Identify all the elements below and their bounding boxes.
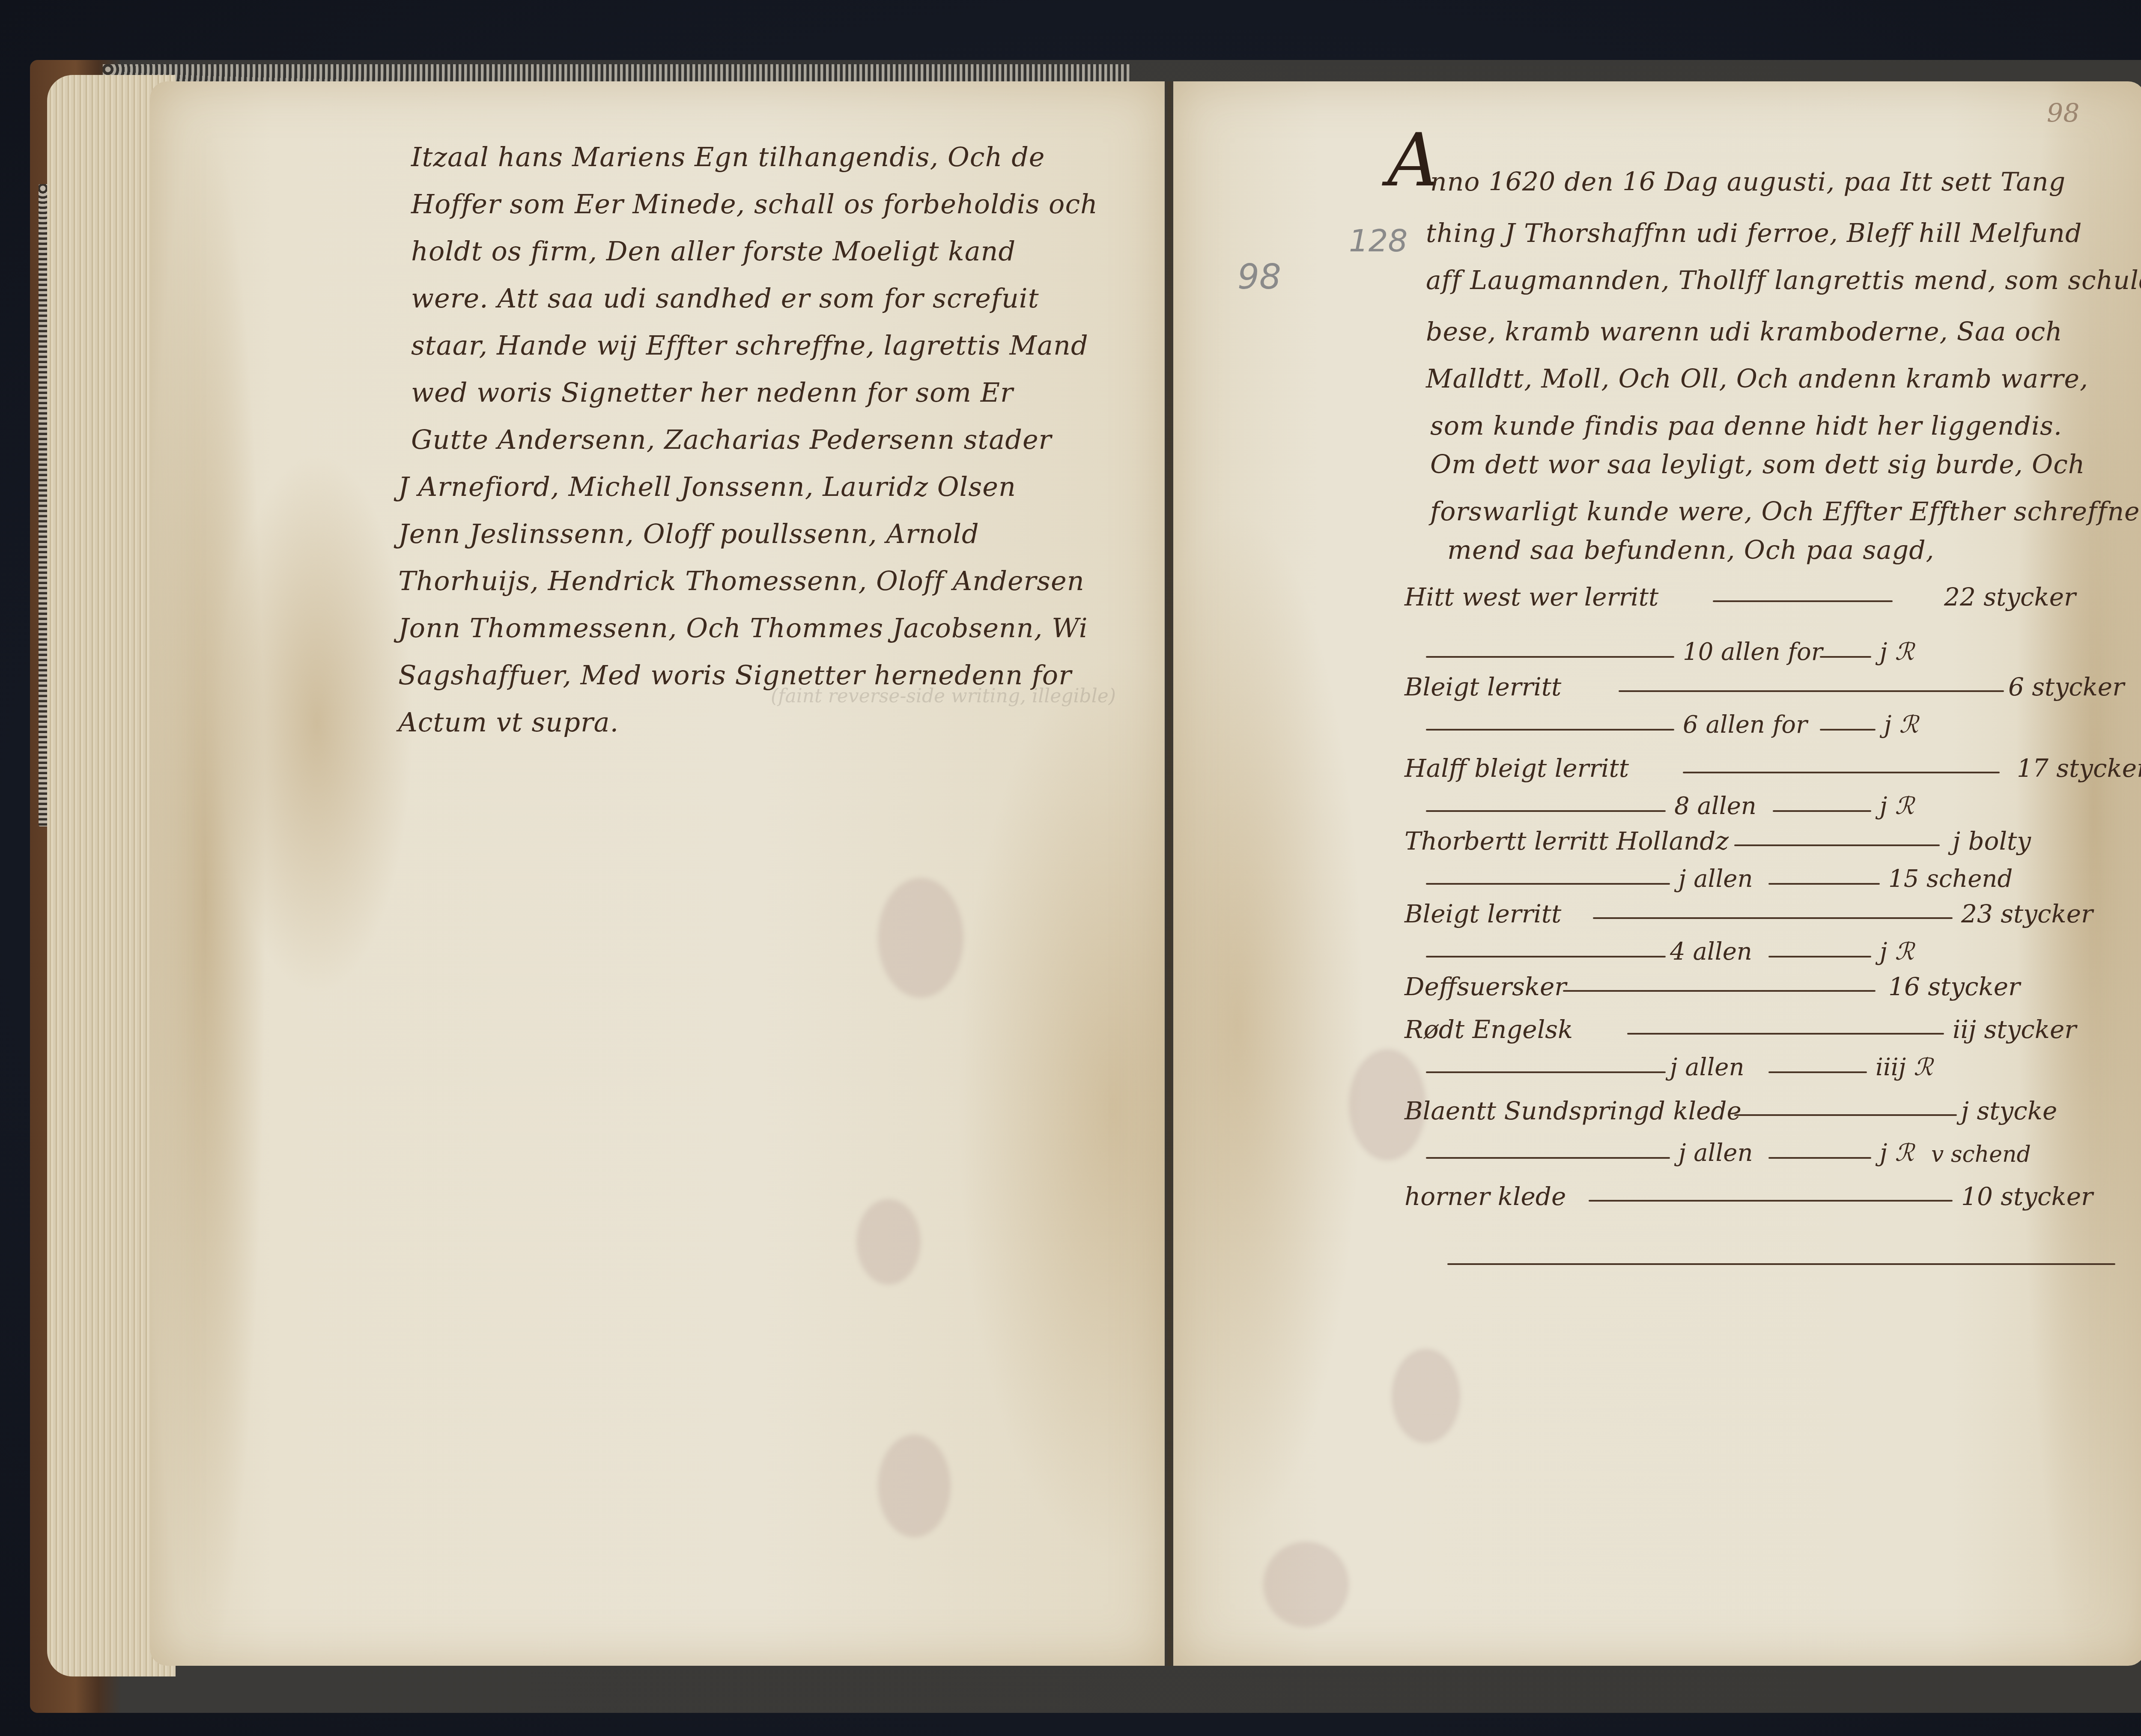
ledger-rule [1768, 1157, 1871, 1159]
ledger-rule [1820, 656, 1871, 658]
ledger-measure: 4 allen [1670, 938, 1752, 966]
ledger-item: Rødt Engelsk [1404, 1015, 1573, 1044]
ledger-item: Thorbertt lerritt Hollandz [1404, 826, 1729, 856]
ledger-rule [1426, 883, 1670, 885]
ledger-quantity: 16 stycker [1888, 972, 2020, 1001]
left-text-line: Jenn Jeslinssenn, Oloff poullssenn, Arno… [398, 518, 979, 549]
heading-line: nno 1620 den 16 Dag augusti, paa Itt set… [1430, 167, 2066, 197]
ledger-rule [1768, 1071, 1867, 1073]
ledger-quantity: 6 stycker [2008, 672, 2124, 701]
ledger-rule [1426, 810, 1666, 812]
right-text-line: Malldtt, Moll, Och Oll, Och andenn kramb… [1426, 364, 2088, 394]
left-page [150, 81, 1165, 1666]
water-stain [856, 1199, 921, 1285]
ledger-entry: Hitt west wer lerritt 22 stycker [1404, 582, 2141, 617]
ledger-quantity: j bolty [1953, 826, 2031, 856]
ledger-price: j ℛ [1880, 638, 1914, 666]
ledger-rule [1426, 729, 1674, 731]
right-text-line: forswarligt kunde were, Och Effter Effth… [1430, 497, 2140, 527]
left-text-line: Hoffer som Eer Minede, schall os forbeho… [411, 188, 1098, 220]
ledger-rule [1683, 772, 2000, 773]
folio-number: 98 [2047, 98, 2079, 128]
ledger-rule [1734, 1114, 1957, 1116]
ledger-rule [1773, 810, 1871, 812]
left-text-line: Thorhuijs, Hendrick Thomessenn, Oloff An… [398, 565, 1085, 597]
left-text-line: holdt os firm, Den aller forste Moeligt … [411, 236, 1016, 267]
ledger-entry: Blaentt Sundspringd klede j stycke [1404, 1096, 2141, 1130]
ledger-rule [1426, 1071, 1666, 1073]
left-text-line: Actum vt supra. [398, 707, 619, 738]
right-text-line: mend saa befundenn, Och paa sagd, [1447, 535, 1935, 565]
ledger-subentry: 10 allen for j ℛ [1413, 638, 2055, 672]
ledger-subentry: 8 allen j ℛ [1413, 792, 2055, 826]
water-stain [1392, 1349, 1460, 1443]
ledger-subentry: 6 allen for j ℛ [1413, 711, 2055, 745]
ledger-item: Bleigt lerritt [1404, 899, 1561, 928]
right-text-line: thing J Thorshaffnn udi ferroe, Bleff hi… [1426, 218, 2082, 248]
right-text-line: Om dett wor saa leyligt, som dett sig bu… [1430, 450, 2085, 480]
ledger-entry: Halff bleigt lerritt 17 stycker [1404, 754, 2141, 788]
ledger-rule [1593, 917, 1953, 919]
ledger-item: Blaentt Sundspringd klede [1404, 1096, 1741, 1125]
left-text-line: Jonn Thommessenn, Och Thommes Jacobsenn,… [398, 612, 1088, 644]
ledger-subentry: 4 allen j ℛ [1413, 938, 2055, 972]
ledger-rule [1713, 600, 1893, 602]
ledger-quantity: 23 stycker [1961, 899, 2093, 928]
ledger-rule [1426, 956, 1666, 957]
ledger-price: j ℛ [1884, 711, 1918, 739]
ledger-entry: Deffsuersker 16 stycker [1404, 972, 2141, 1006]
ledger-item: Bleigt lerritt [1404, 672, 1561, 701]
ledger-price: 15 schend [1888, 865, 2013, 893]
left-text-line: Gutte Andersenn, Zacharias Pedersenn sta… [411, 424, 1052, 455]
ledger-item: horner klede [1404, 1182, 1566, 1211]
ledger-rule [1820, 729, 1876, 731]
ledger-measure: j allen [1670, 1053, 1744, 1081]
water-stain [878, 878, 963, 998]
ledger-measure: 8 allen [1674, 792, 1756, 820]
ledger-quantity: iij stycker [1953, 1015, 2076, 1044]
ledger-item: Halff bleigt lerritt [1404, 754, 1629, 783]
ledger-quantity: 10 stycker [1961, 1182, 2093, 1211]
ledger-price: j ℛ [1880, 792, 1914, 820]
ledger-rule [1563, 990, 1876, 992]
right-text-line: som kunde findis paa denne hidt her ligg… [1430, 411, 2062, 441]
ledger-item: Deffsuersker [1404, 972, 1566, 1001]
water-stain [878, 1435, 951, 1537]
ledger-measure: j allen [1679, 1139, 1753, 1167]
ledger-subentry: j allen iiij ℛ [1413, 1053, 2055, 1088]
closing-rule [1447, 1263, 2115, 1265]
ledger-rule [1426, 656, 1674, 658]
ledger-subentry: j allen 15 schend [1413, 865, 2055, 899]
ledger-quantity: j stycke [1961, 1096, 2057, 1125]
left-text-line: staar, Hande wij Effter schreffne, lagre… [411, 330, 1088, 361]
left-text-line: Itzaal hans Mariens Egn tilhangendis, Oc… [411, 141, 1045, 173]
ledger-rule [1619, 690, 2004, 692]
pencil-number: 98 [1237, 257, 1281, 297]
water-stain [1263, 1542, 1349, 1627]
ledger-rule [1768, 883, 1880, 885]
ledger-quantity: 22 stycker [1944, 582, 2076, 611]
ledger-entry: Bleigt lerritt 23 stycker [1404, 899, 2141, 934]
ledger-measure: 10 allen for [1683, 638, 1822, 666]
ledger-rule [1734, 844, 1940, 846]
ledger-rule [1768, 956, 1871, 957]
ledger-quantity: 17 stycker [2017, 754, 2141, 783]
left-text-line: J Arnefiord, Michell Jonssenn, Lauridz O… [398, 471, 1016, 502]
ledger-rule [1627, 1033, 1944, 1035]
ledger-price: j ℛ [1880, 938, 1914, 966]
ledger-entry: Thorbertt lerritt Hollandz j bolty [1404, 826, 2141, 861]
marbled-board-top [103, 64, 1130, 81]
ledger-price: iiij ℛ [1876, 1053, 1933, 1081]
ledger-extra: v schend [1931, 1142, 2031, 1167]
ledger-rule [1426, 1157, 1670, 1159]
ledger-measure: 6 allen for [1683, 711, 1807, 739]
pencil-number: 128 [1349, 223, 1407, 259]
ledger-entry: Rødt Engelsk iij stycker [1404, 1015, 2141, 1049]
ledger-subentry: j allen j ℛ v schend [1413, 1139, 2055, 1173]
left-text-line: wed woris Signetter her nedenn for som E… [411, 377, 1014, 408]
left-text-line: Sagshaffuer, Med woris Signetter hernede… [398, 659, 1072, 691]
ledger-price: j ℛ [1880, 1139, 1914, 1167]
ledger-entry: horner klede 10 stycker [1404, 1182, 2141, 1216]
left-text-line: were. Att saa udi sandhed er som for scr… [411, 283, 1039, 314]
ledger-entry: Bleigt lerritt 6 stycker [1404, 672, 2141, 707]
ledger-item: Hitt west wer lerritt [1404, 582, 1658, 611]
ledger-measure: j allen [1679, 865, 1753, 893]
ledger-rule [1589, 1200, 1953, 1202]
right-text-line: bese, kramb warenn udi kramboderne, Saa … [1426, 317, 2063, 347]
right-text-line: aff Laugmannden, Thollff langrettis mend… [1426, 265, 2141, 295]
